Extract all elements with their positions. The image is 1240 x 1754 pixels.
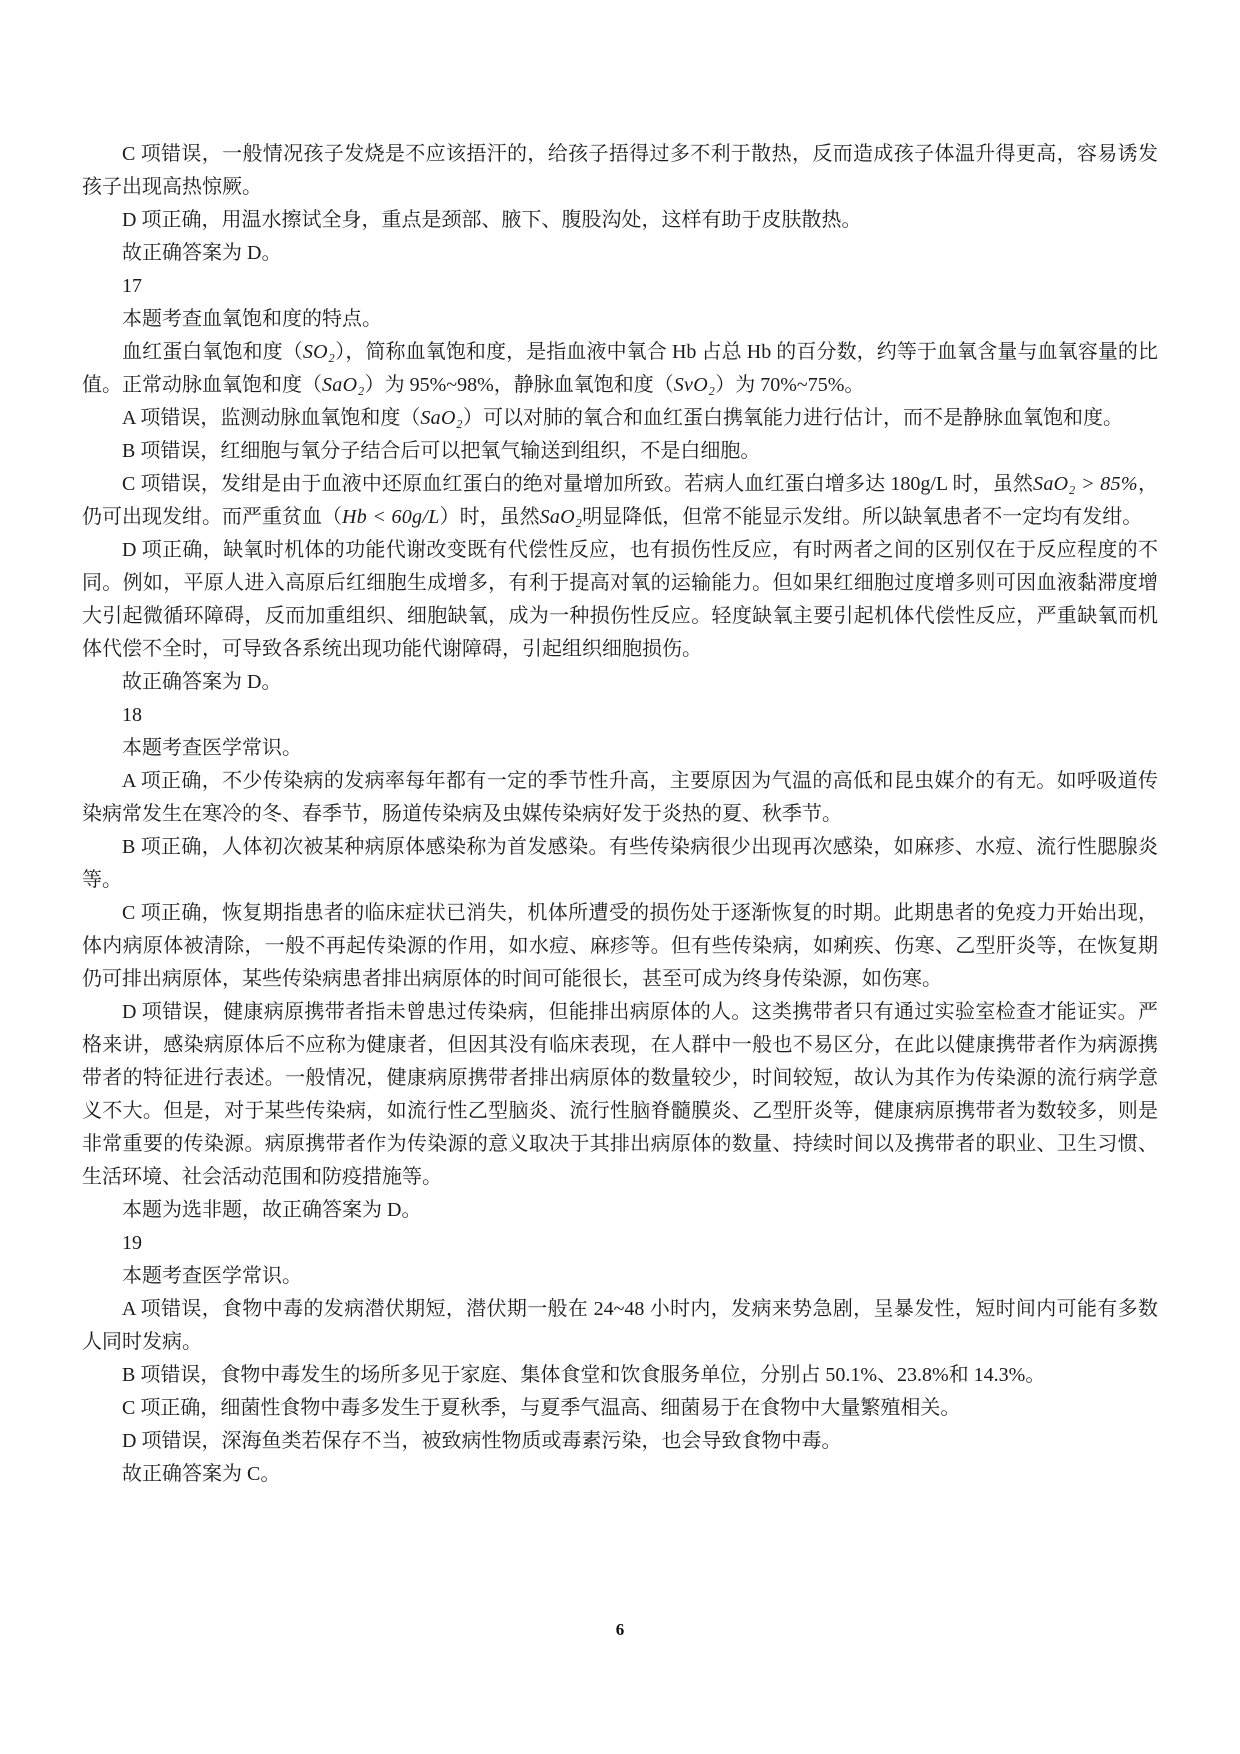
text-run: 本题考查医学常识。 [122, 1265, 302, 1287]
math-formula: SaO₂ [420, 407, 463, 429]
page-footer: 6 [0, 1620, 1240, 1640]
math-formula: SO₂ [303, 341, 335, 363]
text-run: ）时，虽然 [440, 506, 540, 528]
text-run: C 项错误，发绀是由于血液中还原血红蛋白的绝对量增加所致。若病人血红蛋白增多达 … [122, 473, 1033, 495]
text-run: 本题考查血氧饱和度的特点。 [122, 308, 382, 330]
paragraph: A 项错误，监测动脉血氧饱和度（SaO₂）可以对肺的氧合和血红蛋白携氧能力进行估… [82, 402, 1158, 435]
math-formula: Hb < 60g/L [342, 506, 440, 528]
paragraph: D 项正确，用温水擦试全身，重点是颈部、腋下、腹股沟处，这样有助于皮肤散热。 [82, 204, 1158, 237]
text-run: ）可以对肺的氧合和血红蛋白携氧能力进行估计，而不是静脉血氧饱和度。 [463, 407, 1123, 429]
text-run: 故正确答案为 D。 [122, 671, 281, 693]
text-run: B 项错误，红细胞与氧分子结合后可以把氧气输送到组织，不是白细胞。 [122, 440, 760, 462]
text-run: 19 [122, 1232, 142, 1254]
document-page: C 项错误，一般情况孩子发烧是不应该捂汗的，给孩子捂得过多不利于散热，反而造成孩… [0, 0, 1240, 1754]
paragraph: 本题考查医学常识。 [82, 1260, 1158, 1293]
paragraph: A 项错误，食物中毒的发病潜伏期短，潜伏期一般在 24~48 小时内，发病来势急… [82, 1293, 1158, 1359]
paragraph: C 项正确，细菌性食物中毒多发生于夏秋季，与夏季气温高、细菌易于在食物中大量繁殖… [82, 1392, 1158, 1425]
paragraph: D 项错误，健康病原携带者指未曾患过传染病，但能排出病原体的人。这类携带者只有通… [82, 996, 1158, 1194]
text-run: C 项错误，一般情况孩子发烧是不应该捂汗的，给孩子捂得过多不利于散热，反而造成孩… [82, 143, 1158, 198]
paragraph: C 项错误，一般情况孩子发烧是不应该捂汗的，给孩子捂得过多不利于散热，反而造成孩… [82, 138, 1158, 204]
text-run: 血红蛋白氧饱和度（ [122, 341, 303, 363]
paragraph: C 项正确，恢复期指患者的临床症状已消失，机体所遭受的损伤处于逐渐恢复的时期。此… [82, 897, 1158, 996]
paragraph: B 项错误，食物中毒发生的场所多见于家庭、集体食堂和饮食服务单位，分别占 50.… [82, 1359, 1158, 1392]
paragraph: D 项错误，深海鱼类若保存不当，被致病性物质或毒素污染，也会导致食物中毒。 [82, 1425, 1158, 1458]
text-run: C 项正确，恢复期指患者的临床症状已消失，机体所遭受的损伤处于逐渐恢复的时期。此… [82, 902, 1158, 990]
text-run: D 项正确，用温水擦试全身，重点是颈部、腋下、腹股沟处，这样有助于皮肤散热。 [122, 209, 861, 231]
math-formula: SaO₂ [322, 374, 365, 396]
page-number: 6 [616, 1620, 625, 1639]
math-formula: SaO₂ [540, 506, 583, 528]
text-run: 17 [122, 275, 142, 297]
paragraph: 本题为选非题，故正确答案为 D。 [82, 1194, 1158, 1227]
text-run: 故正确答案为 C。 [122, 1463, 280, 1485]
paragraph: B 项正确，人体初次被某种病原体感染称为首发感染。有些传染病很少出现再次感染，如… [82, 831, 1158, 897]
document-body: C 项错误，一般情况孩子发烧是不应该捂汗的，给孩子捂得过多不利于散热，反而造成孩… [82, 138, 1158, 1491]
paragraph: B 项错误，红细胞与氧分子结合后可以把氧气输送到组织，不是白细胞。 [82, 435, 1158, 468]
paragraph: 故正确答案为 D。 [82, 237, 1158, 270]
text-run: B 项错误，食物中毒发生的场所多见于家庭、集体食堂和饮食服务单位，分别占 50.… [122, 1364, 1045, 1386]
text-run: D 项错误，健康病原携带者指未曾患过传染病，但能排出病原体的人。这类携带者只有通… [82, 1001, 1158, 1188]
paragraph: 本题考查医学常识。 [82, 732, 1158, 765]
text-run: 故正确答案为 D。 [122, 242, 281, 264]
paragraph: 血红蛋白氧饱和度（SO₂），简称血氧饱和度，是指血液中氧合 Hb 占总 Hb 的… [82, 336, 1158, 402]
text-run: B 项正确，人体初次被某种病原体感染称为首发感染。有些传染病很少出现再次感染，如… [82, 836, 1158, 891]
paragraph: 故正确答案为 D。 [82, 666, 1158, 699]
paragraph: D 项正确，缺氧时机体的功能代谢改变既有代偿性反应，也有损伤性反应，有时两者之间… [82, 534, 1158, 666]
question-number: 17 [82, 270, 1158, 303]
text-run: 本题考查医学常识。 [122, 737, 302, 759]
text-run: 18 [122, 704, 142, 726]
text-run: A 项错误，食物中毒的发病潜伏期短，潜伏期一般在 24~48 小时内，发病来势急… [82, 1298, 1158, 1353]
text-run: ）为 70%~75%。 [715, 374, 864, 396]
text-run: C 项正确，细菌性食物中毒多发生于夏秋季，与夏季气温高、细菌易于在食物中大量繁殖… [122, 1397, 960, 1419]
text-run: 明显降低，但常不能显示发绀。所以缺氧患者不一定均有发绀。 [582, 506, 1142, 528]
paragraph: A 项正确，不少传染病的发病率每年都有一定的季节性升高，主要原因为气温的高低和昆… [82, 765, 1158, 831]
text-run: D 项错误，深海鱼类若保存不当，被致病性物质或毒素污染，也会导致食物中毒。 [122, 1430, 841, 1452]
math-formula: SaO₂ > 85% [1033, 473, 1138, 495]
text-run: A 项错误，监测动脉血氧饱和度（ [122, 407, 420, 429]
text-run: ）为 95%~98%，静脉血氧饱和度（ [365, 374, 674, 396]
question-number: 18 [82, 699, 1158, 732]
paragraph: 本题考查血氧饱和度的特点。 [82, 303, 1158, 336]
math-formula: SvO₂ [674, 374, 715, 396]
paragraph: C 项错误，发绀是由于血液中还原血红蛋白的绝对量增加所致。若病人血红蛋白增多达 … [82, 468, 1158, 534]
paragraph: 故正确答案为 C。 [82, 1458, 1158, 1491]
text-run: 本题为选非题，故正确答案为 D。 [122, 1199, 421, 1221]
text-run: D 项正确，缺氧时机体的功能代谢改变既有代偿性反应，也有损伤性反应，有时两者之间… [82, 539, 1158, 660]
text-run: A 项正确，不少传染病的发病率每年都有一定的季节性升高，主要原因为气温的高低和昆… [82, 770, 1158, 825]
question-number: 19 [82, 1227, 1158, 1260]
